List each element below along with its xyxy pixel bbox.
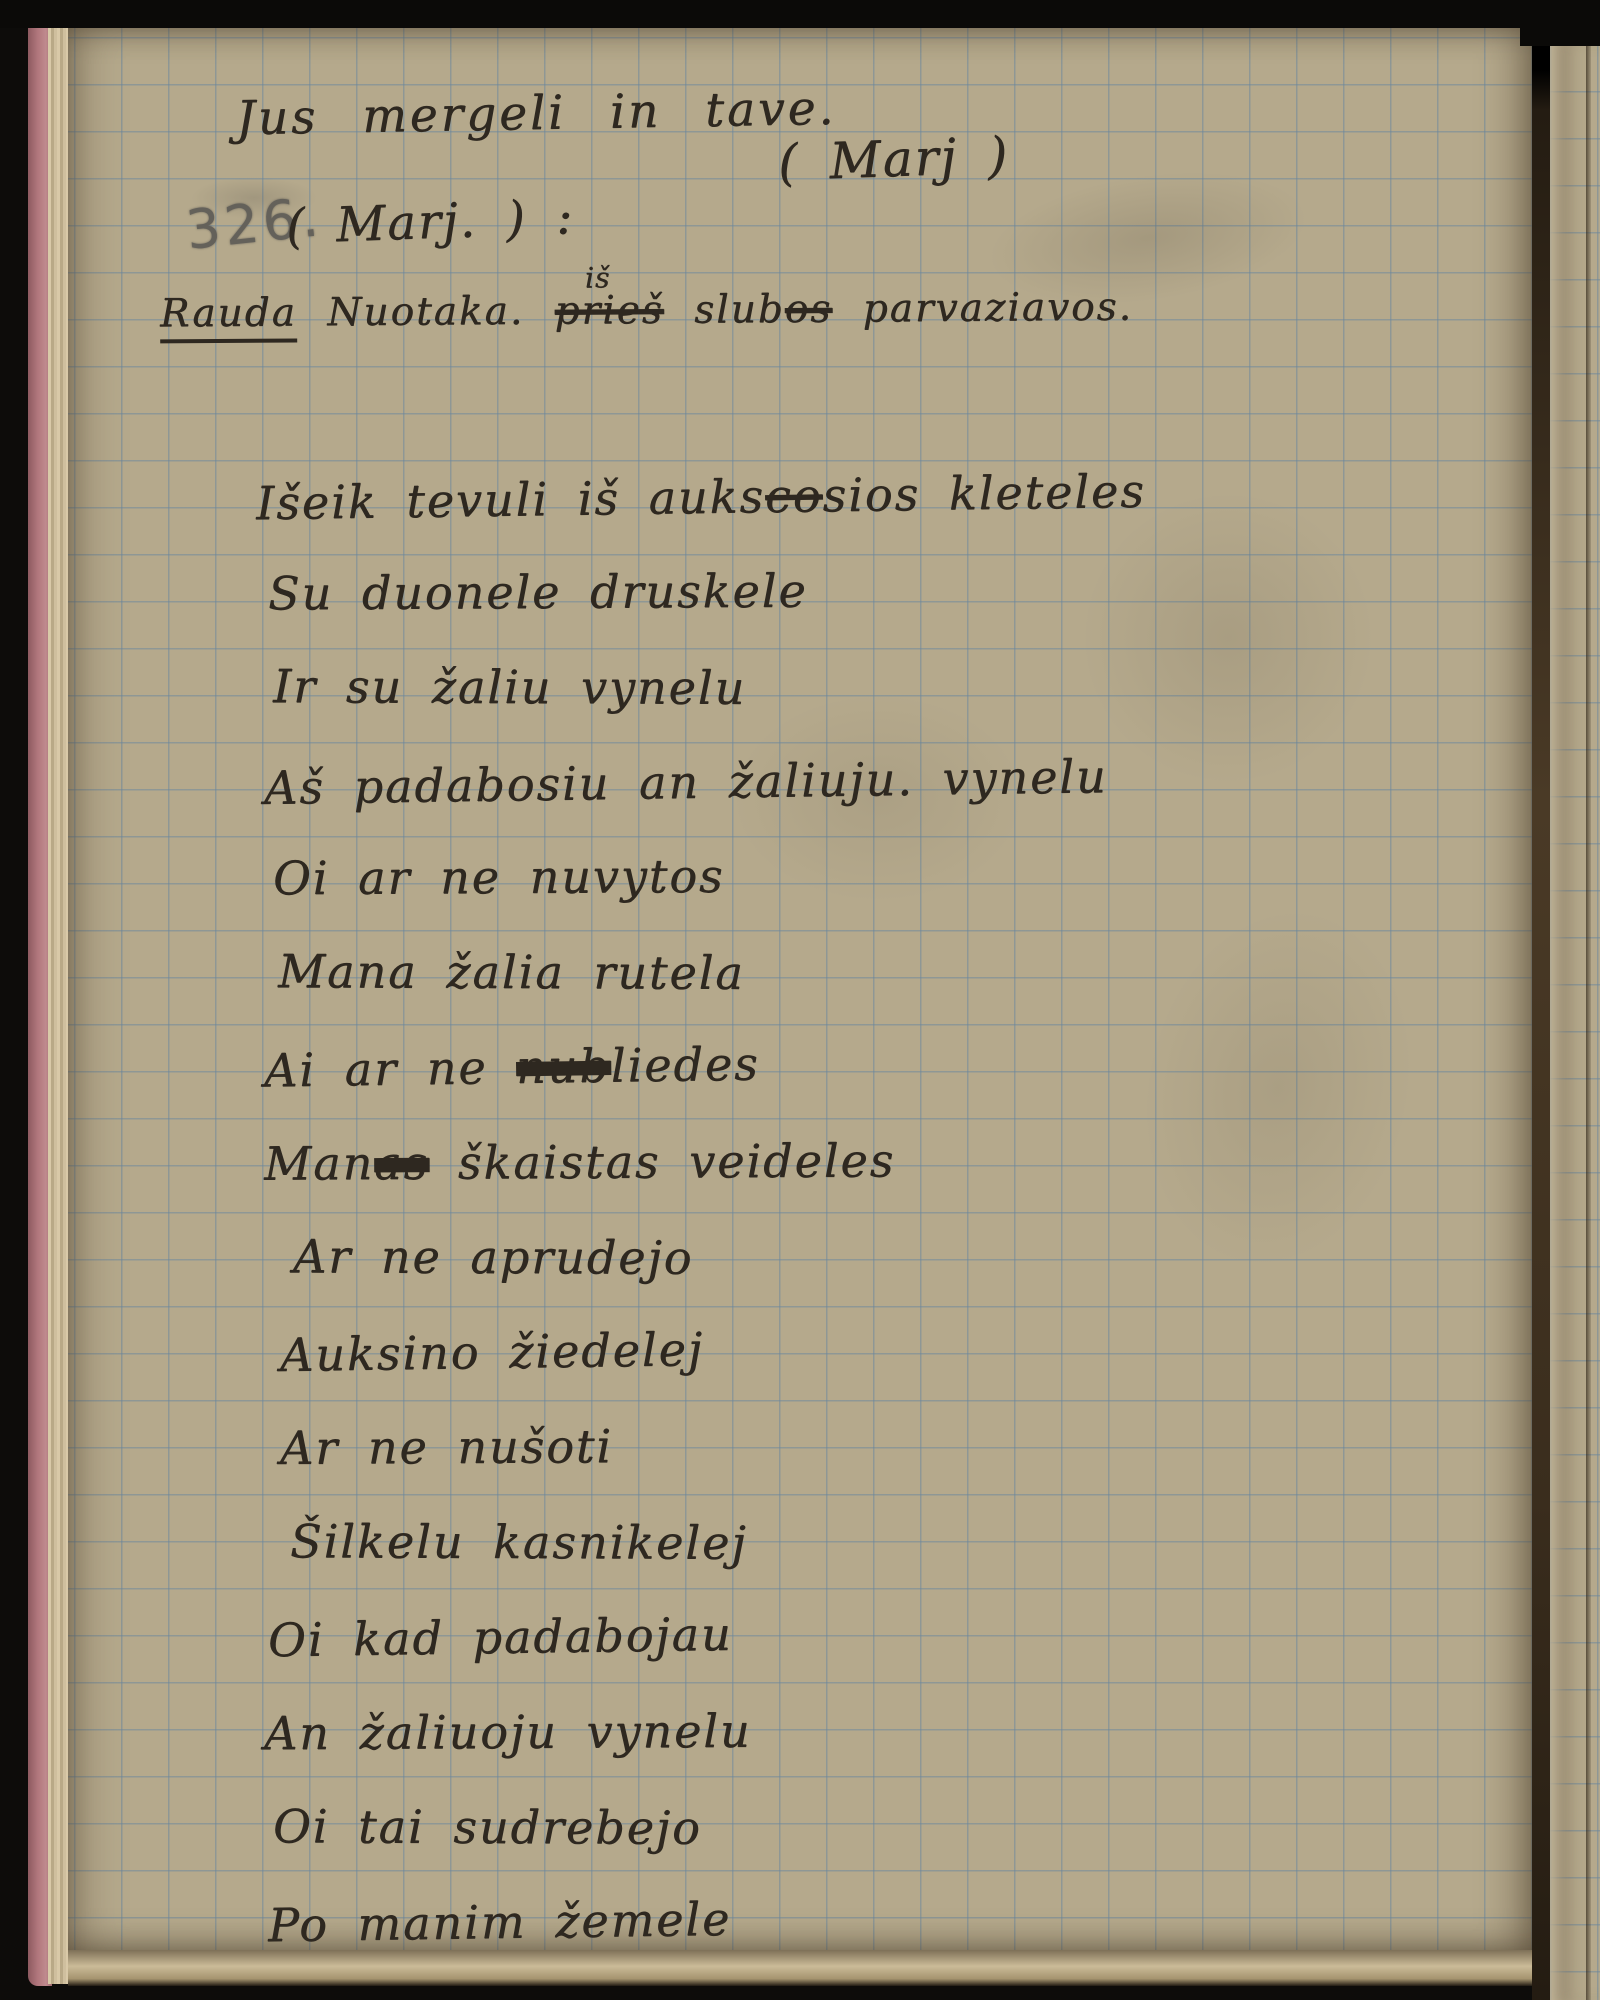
text-segment: sios kleteles	[822, 464, 1146, 523]
text-segment: Oi kad padabojau	[268, 1607, 733, 1667]
poem-line: Šilkelu kasnikelej	[290, 1514, 748, 1570]
page-bottom-edge	[68, 1950, 1532, 1986]
song-title: Jus mergeli in tave.	[236, 81, 837, 146]
underlined-word: Rauda	[160, 290, 297, 343]
page-gap-shadow	[1532, 0, 1550, 2000]
text-segment: Po manim žemele	[268, 1892, 732, 1952]
struck-word: as	[374, 1136, 429, 1190]
text-segment: Mana žalia rutela	[278, 944, 745, 1000]
poem-line: Su duonele druskele	[268, 564, 808, 621]
text-segment: An žaliuoju vynelu	[264, 1704, 752, 1761]
poem-line: Ir su žaliu vynelu	[273, 659, 746, 715]
poem-line: Aš padabosiu an žaliuju. vynelu	[264, 749, 1108, 815]
text-segment: Nuotaka.	[297, 289, 555, 336]
struck-word: nub	[516, 1039, 611, 1094]
text-segment: Ir su žaliu vynelu	[273, 659, 746, 715]
poem-line: Oi tai sudrebejo	[273, 1799, 702, 1854]
poem-line: Oi kad padabojau	[268, 1607, 733, 1667]
text-segment: Man	[264, 1136, 374, 1191]
text-segment: Išeik tevuli iš auks	[256, 469, 766, 530]
interlinear-correction: iš	[585, 262, 611, 295]
text-segment: Ar ne aprudejo	[293, 1229, 694, 1284]
poem-line: Mana žalia rutela	[278, 944, 745, 1000]
heading-line: Rauda Nuotaka. priešiš slubos parvaziavo…	[160, 285, 1133, 337]
adjacent-page-edge	[1550, 44, 1600, 2000]
catalog-source-annotation: ( Marj. ) :	[285, 189, 575, 255]
struck-word: os	[785, 287, 833, 332]
poem-line: Išeik tevuli iš aukscosios kleteles	[256, 464, 1146, 530]
text-segment: Oi ar ne nuvytos	[273, 849, 725, 905]
adjacent-page-crease	[1586, 44, 1591, 2000]
text-segment: Ai ar ne	[264, 1040, 517, 1098]
poem-line: Po manim žemele	[268, 1892, 732, 1952]
text-segment: slub	[664, 287, 785, 333]
scan-background: Jus mergeli in tave. ( Marj ) 326. ( Mar…	[0, 0, 1600, 2000]
notebook-page: Jus mergeli in tave. ( Marj ) 326. ( Mar…	[68, 28, 1532, 1955]
poem-line: Auksino žiedelej	[280, 1322, 705, 1382]
scan-top-right-border	[1520, 0, 1600, 46]
text-segment: Ar ne nušoti	[280, 1419, 613, 1475]
poem-line: Oi ar ne nuvytos	[273, 849, 725, 905]
bleedthrough-smudge	[1038, 794, 1518, 1382]
text-segment: škaistas veideles	[429, 1133, 895, 1189]
poem-line: An žaliuoju vynelu	[264, 1704, 752, 1761]
poem-line: Manas škaistas veideles	[264, 1133, 896, 1190]
scan-top-border	[0, 0, 1600, 28]
text-segment: liedes	[610, 1037, 760, 1093]
text-segment: parvaziavos.	[832, 285, 1133, 332]
poem-line: Ar ne nušoti	[280, 1419, 613, 1475]
title-source-annotation: ( Marj )	[777, 126, 1010, 192]
struck-word: priešiš	[554, 288, 663, 334]
text-segment: Aš padabosiu an žaliuju. vynelu	[264, 749, 1108, 815]
text-segment: Auksino žiedelej	[280, 1322, 705, 1382]
text-segment: Oi tai sudrebejo	[273, 1799, 702, 1854]
poem-line: Ar ne aprudejo	[293, 1229, 694, 1284]
poem-line: Ai ar ne nubliedes	[264, 1037, 760, 1098]
struck-word: co	[765, 468, 823, 523]
text-segment: Su duonele druskele	[268, 564, 808, 621]
text-segment: Šilkelu kasnikelej	[290, 1514, 748, 1570]
